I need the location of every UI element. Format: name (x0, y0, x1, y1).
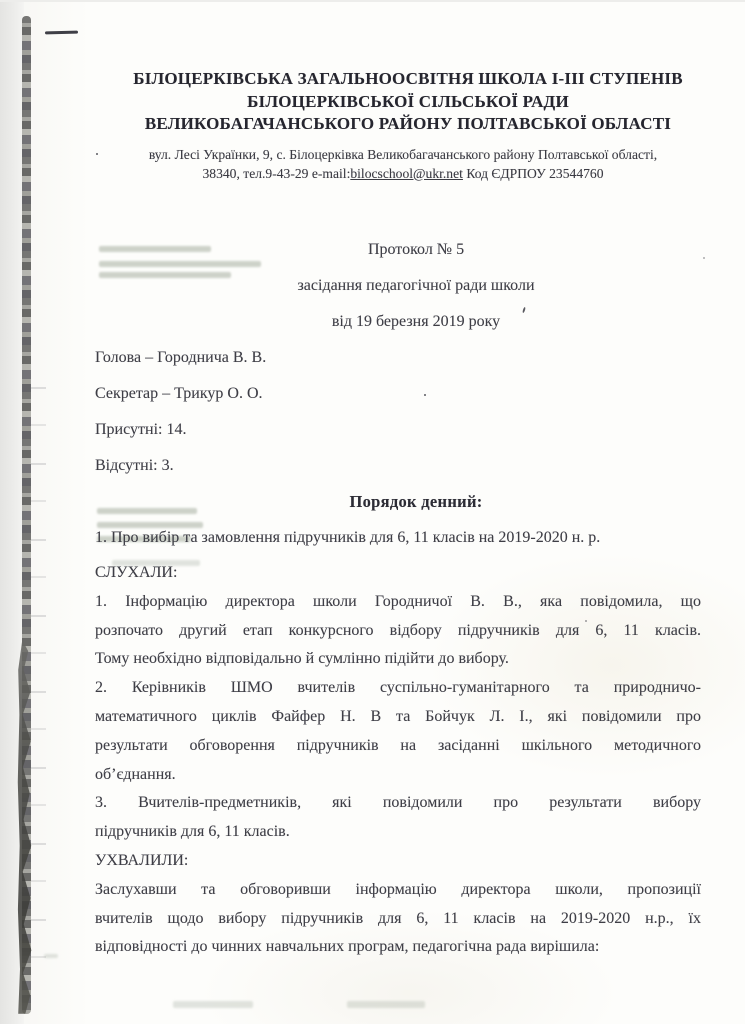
meta-secretary: Секретар – Трикур О. О. (95, 376, 701, 412)
org-name-line1: БІЛОЦЕРКІВСЬКА ЗАГАЛЬНООСВІТНЯ ШКОЛА І-І… (95, 68, 721, 91)
protocol-date: від 19 березня 2019 року (95, 304, 737, 340)
organization-header: БІЛОЦЕРКІВСЬКА ЗАГАЛЬНООСВІТНЯ ШКОЛА І-І… (95, 68, 721, 136)
heard-paragraph-3-line: 3. Вчителів-предметників, які повідомили… (95, 789, 701, 818)
bleed-through-artifact (44, 954, 58, 958)
scanned-protocol-page: БІЛОЦЕРКІВСЬКА ЗАГАЛЬНООСВІТНЯ ШКОЛА І-І… (0, 0, 745, 1024)
heard-paragraph-2-line: результати обговорення підручників на за… (95, 732, 701, 761)
document-title: Протокол № 5 засідання педагогічної ради… (95, 232, 737, 340)
org-name-line2: БІЛОЦЕРКІВСЬКОЇ СІЛЬСЬКОЇ РАДИ (95, 91, 721, 114)
pen-dash-mark (45, 31, 78, 35)
bleed-through-artifact (347, 1001, 425, 1008)
heard-paragraph-1-line: 1. Інформацію директора школи Городничої… (95, 588, 701, 617)
heard-paragraph-2-line: об’єднання. (95, 761, 701, 790)
heard-paragraph-3-line: підручників для 6, 11 класів. (95, 818, 701, 847)
meta-present: Присутні: 14. (95, 412, 701, 448)
address-line2-prefix: 38340, тел.9-43-29 e-mail: (202, 166, 350, 181)
address-line2-suffix: Код ЄДРПОУ 23544760 (463, 166, 604, 181)
address-line1: вул. Лесі Українки, 9, с. Білоцерківка В… (85, 146, 721, 165)
agenda-item-1: 1. Про вибір та замовлення підручників д… (95, 520, 715, 556)
meta-chair: Голова – Городнича В. В. (95, 340, 701, 376)
heard-paragraph-1-line: розпочато другий етап конкурсного відбор… (95, 617, 701, 646)
edge-tick-artifacts (31, 350, 46, 970)
heard-paragraph-2-line: математичного циклів Файфер Н. В та Бойч… (95, 703, 701, 732)
resolution-paragraph-line: відповідності до чинних навчальних прогр… (95, 933, 701, 962)
agenda-heading: Порядок денний: (95, 484, 737, 520)
address-line2: 38340, тел.9-43-29 e-mail:bilocschool@uk… (85, 165, 721, 184)
heard-paragraph-1-line: Тому необхідно відповідально й сумлінно … (95, 645, 701, 674)
scan-top-edge (0, 0, 745, 2)
protocol-subject: засідання педагогічної ради школи (95, 268, 737, 304)
org-name-line3: ВЕЛИКОБАГАЧАНСЬКОГО РАЙОНУ ПОЛТАВСЬКОЇ О… (95, 113, 721, 136)
protocol-body: СЛУХАЛИ: 1. Інформацію директора школи Г… (95, 559, 701, 962)
resolution-paragraph-line: Заслухавши та обговоривши інформацію дир… (95, 876, 701, 905)
meeting-meta: Голова – Городнича В. В. Секретар – Трик… (95, 340, 701, 484)
bleed-through-artifact (173, 1001, 253, 1008)
protocol-number: Протокол № 5 (95, 232, 737, 268)
email-text: bilocschool@ukr.net (350, 166, 463, 181)
heard-label: СЛУХАЛИ: (95, 559, 701, 588)
resolved-label: УХВАЛИЛИ: (95, 847, 701, 876)
heard-paragraph-2-line: 2. Керівників ШМО вчителів суспільно-гум… (95, 674, 701, 703)
organization-address: вул. Лесі Українки, 9, с. Білоцерківка В… (85, 146, 721, 183)
resolution-paragraph-line: вчителів щодо вибору підручників для 6, … (95, 905, 701, 934)
meta-absent: Відсутні: 3. (95, 448, 701, 484)
